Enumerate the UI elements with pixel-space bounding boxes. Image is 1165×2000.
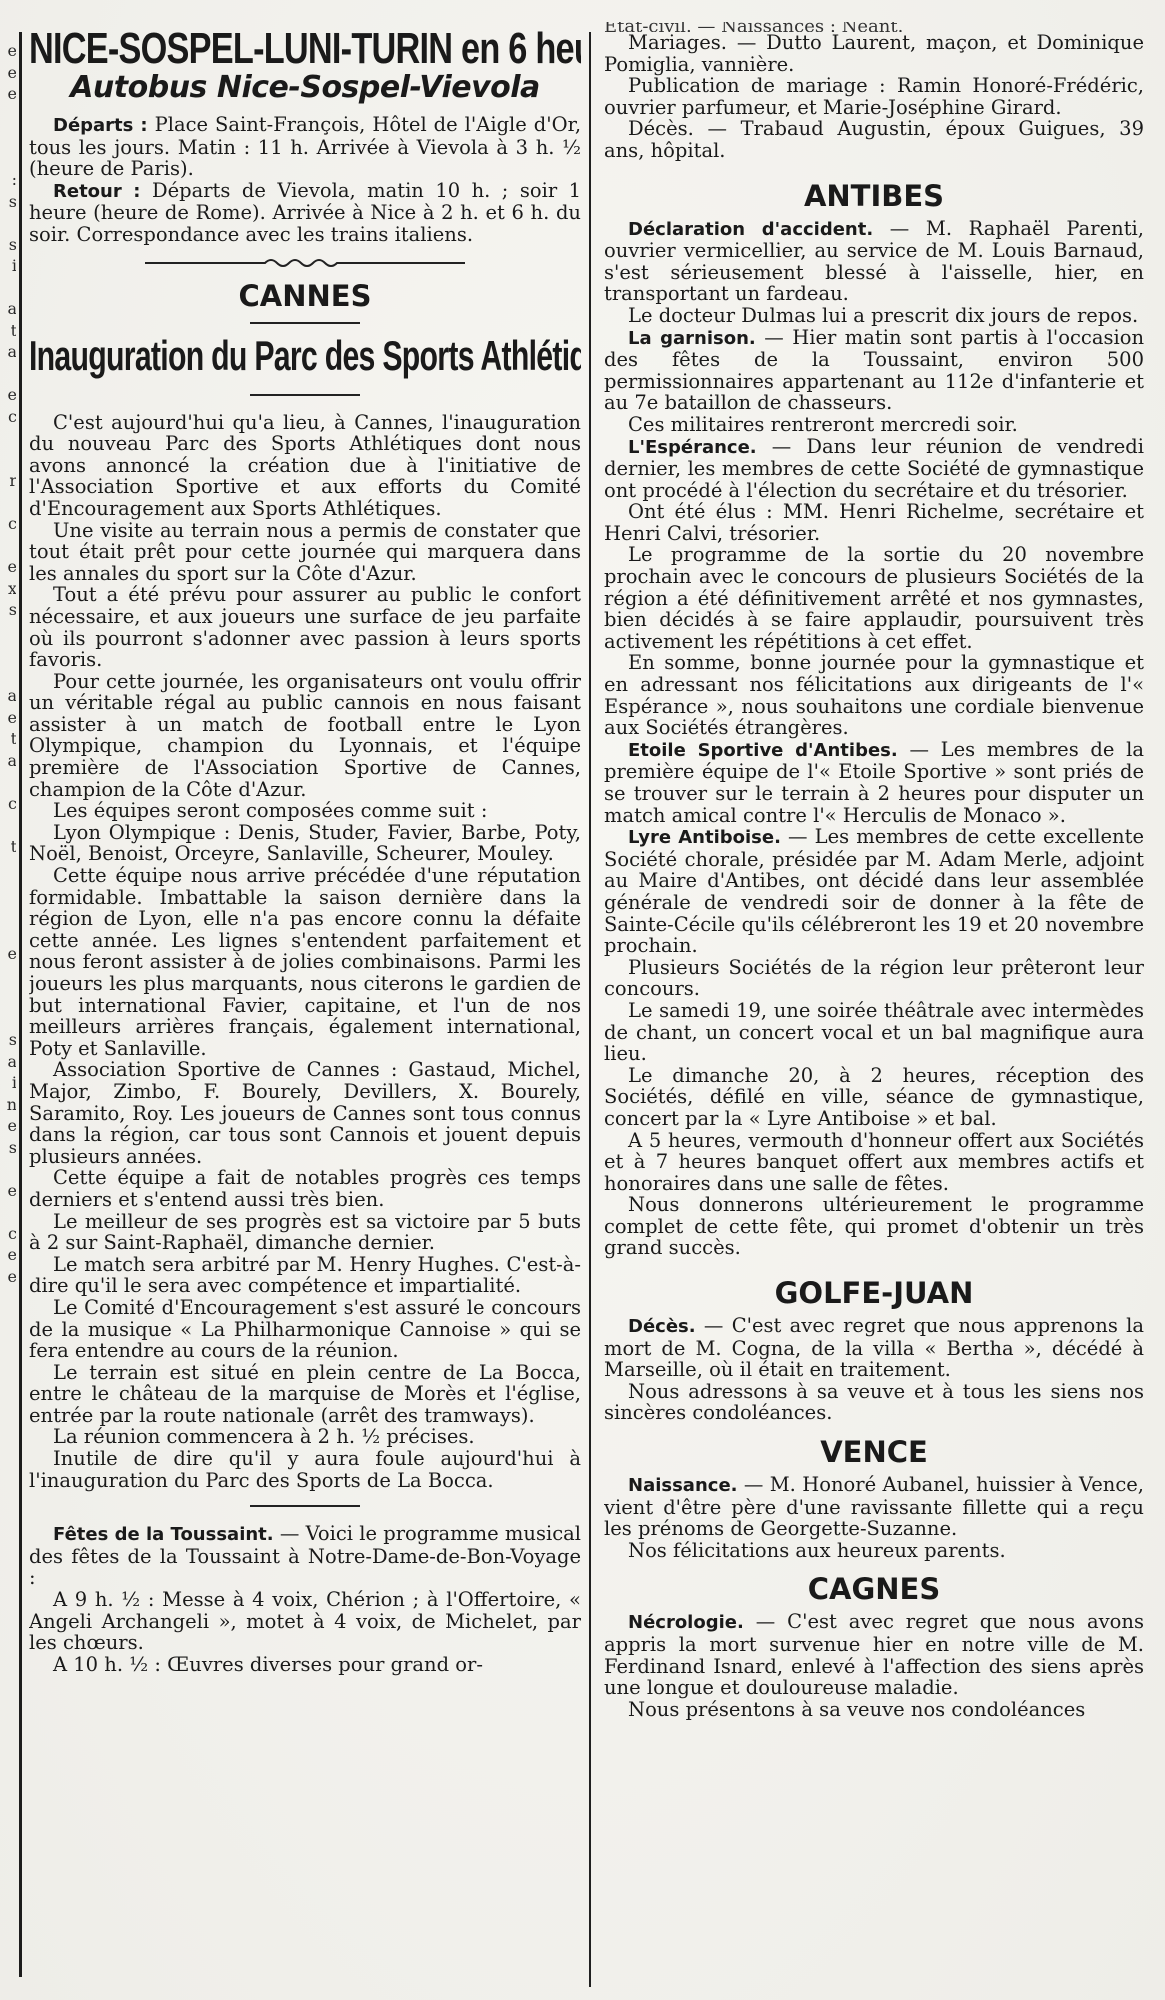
article-paragraph: Association Sportive de Cannes : Gastaud… — [29, 1059, 581, 1167]
article-paragraph: Une visite au terrain nous a permis de c… — [29, 520, 581, 585]
news-item: Nous donnerons ultérieurement le program… — [604, 1194, 1144, 1259]
section-golfe-juan: GOLFE-JUANDécès. — C'est avec regret que… — [604, 1275, 1144, 1430]
paragraph-lead-label: L'Espérance. — [628, 437, 757, 458]
news-item: Ont été élus : MM. Henri Richelme, secré… — [604, 501, 1144, 544]
divider — [250, 394, 360, 396]
previous-column-fragment: e e e : s s i a t a e c r c e x s a e t … — [0, 40, 16, 1970]
article-paragraph: Inutile de dire qu'il y aura foule aujou… — [29, 1448, 581, 1491]
news-item: Le samedi 19, une soirée théâtrale avec … — [604, 1000, 1144, 1065]
news-item: Nos félicitations aux heureux parents. — [604, 1540, 1144, 1562]
news-item: L'Espérance. — Dans leur réunion de vend… — [604, 436, 1144, 502]
article-paragraph: Pour cette journée, les organisateurs on… — [29, 671, 581, 801]
section-title: CAGNES — [604, 1571, 1144, 1607]
news-item: Le dimanche 20, à 2 heures, réception de… — [604, 1065, 1144, 1130]
divider — [250, 1505, 360, 1507]
news-item: Lyre Antiboise. — Les membres de cette e… — [604, 826, 1144, 957]
banner-headline: NICE-SOSPEL-LUNI-TURIN en 6 heures — [29, 26, 581, 66]
civil-notice: Publication de mariage : Ramin Honoré-Fr… — [604, 75, 1144, 118]
article-paragraph: Les équipes seront composées comme suit … — [29, 800, 581, 822]
column-rule-middle — [589, 32, 591, 1987]
article-body: C'est aujourd'hui qu'a lieu, à Cannes, l… — [29, 412, 581, 1492]
section-title: GOLFE-JUAN — [604, 1275, 1144, 1311]
paragraph-lead-label: Nécrologie. — [628, 1612, 744, 1633]
program-item: A 10 h. ½ : Œuvres diverses pour grand o… — [29, 1654, 581, 1676]
article-headline: Inauguration du Parc des Sports Athlétiq… — [29, 332, 581, 380]
news-item: Ces militaires rentreront mercredi soir. — [604, 414, 1144, 436]
article-paragraph: Lyon Olympique : Denis, Studer, Favier, … — [29, 822, 581, 865]
news-item: Le programme de la sortie du 20 novembre… — [604, 544, 1144, 652]
news-item: Décès. — C'est avec regret que nous appr… — [604, 1315, 1144, 1381]
divider — [250, 322, 360, 324]
news-item: Nous adressons à sa veuve et à tous les … — [604, 1381, 1144, 1424]
article-paragraph: Tout a été prévu pour assurer au public … — [29, 584, 581, 670]
news-item: Déclaration d'accident. — M. Raphaël Par… — [604, 218, 1144, 305]
toussaint-paragraph: Fêtes de la Toussaint. — Voici le progra… — [29, 1523, 581, 1589]
left-column: NICE-SOSPEL-LUNI-TURIN en 6 heures Autob… — [29, 22, 581, 2000]
town-sections: ANTIBESDéclaration d'accident. — M. Raph… — [604, 178, 1144, 1721]
departs-label: Départs : — [53, 115, 148, 136]
article-paragraph: C'est aujourd'hui qu'a lieu, à Cannes, l… — [29, 412, 581, 520]
sub-headline: Autobus Nice-Sospel-Vievola — [29, 68, 581, 108]
article-paragraph: Le Comité d'Encouragement s'est assuré l… — [29, 1297, 581, 1362]
paragraph-lead-label: Etoile Sportive d'Antibes. — [628, 740, 898, 761]
toussaint-label: Fêtes de la Toussaint. — [53, 1524, 274, 1545]
retour-label: Retour : — [53, 181, 140, 202]
section-title: VENCE — [604, 1434, 1144, 1470]
program-item: A 9 h. ½ : Messe à 4 voix, Chérion ; à l… — [29, 1589, 581, 1654]
section-cagnes: CAGNESNécrologie. — C'est avec regret qu… — [604, 1571, 1144, 1720]
newspaper-page: e e e : s s i a t a e c r c e x s a e t … — [0, 0, 1165, 2000]
article-paragraph: Cette équipe a fait de notables progrès … — [29, 1167, 581, 1210]
article-paragraph: Le match sera arbitré par M. Henry Hughe… — [29, 1254, 581, 1297]
news-item: En somme, bonne journée pour la gymnasti… — [604, 652, 1144, 738]
paragraph-lead-label: Décès. — [628, 1316, 696, 1337]
section-title: ANTIBES — [604, 178, 1144, 214]
news-item: Plusieurs Sociétés de la région leur prê… — [604, 957, 1144, 1000]
paragraph-lead-label: Déclaration d'accident. — [628, 219, 873, 240]
section-vence: VENCENaissance. — M. Honoré Aubanel, hui… — [604, 1434, 1144, 1567]
news-item: Naissance. — M. Honoré Aubanel, huissier… — [604, 1474, 1144, 1540]
etat-civil-notices: Mariages. — Dutto Laurent, maçon, et Dom… — [604, 32, 1144, 162]
article-paragraph: Le meilleur de ses progrès est sa victoi… — [29, 1211, 581, 1254]
news-item: Nous présentons à sa veuve nos condoléan… — [604, 1699, 1144, 1721]
article-paragraph: Cette équipe nous arrive précédée d'une … — [29, 865, 581, 1059]
civil-notice: Décès. — Trabaud Augustin, époux Guigues… — [604, 118, 1144, 161]
retour-paragraph: Retour : Départs de Vievola, matin 10 h.… — [29, 180, 581, 246]
article-paragraph: Le terrain est situé en plein centre de … — [29, 1362, 581, 1427]
section-title-cannes: CANNES — [29, 278, 581, 314]
departs-paragraph: Départs : Place Saint-François, Hôtel de… — [29, 114, 581, 180]
right-column: Etat-civil. — Naissances : Néant. Mariag… — [604, 22, 1144, 2000]
paragraph-lead-label: Naissance. — [628, 1475, 738, 1496]
civil-notice: Mariages. — Dutto Laurent, maçon, et Dom… — [604, 32, 1144, 75]
news-item: Etoile Sportive d'Antibes. — Les membres… — [604, 739, 1144, 826]
news-item: A 5 heures, vermouth d'honneur offert au… — [604, 1130, 1144, 1195]
paragraph-lead-label: La garnison. — [628, 328, 756, 349]
section-antibes: ANTIBESDéclaration d'accident. — M. Raph… — [604, 178, 1144, 1272]
column-rule-left — [19, 32, 22, 1977]
news-item: Le docteur Dulmas lui a prescrit dix jou… — [604, 305, 1144, 327]
ornamental-wavy-rule — [145, 256, 465, 270]
news-item: Nécrologie. — C'est avec regret que nous… — [604, 1611, 1144, 1698]
article-paragraph: La réunion commencera à 2 h. ½ précises. — [29, 1426, 581, 1448]
paragraph-lead-label: Lyre Antiboise. — [628, 827, 781, 848]
toussaint-program: A 9 h. ½ : Messe à 4 voix, Chérion ; à l… — [29, 1589, 581, 1675]
news-item: La garnison. — Hier matin sont partis à … — [604, 327, 1144, 414]
